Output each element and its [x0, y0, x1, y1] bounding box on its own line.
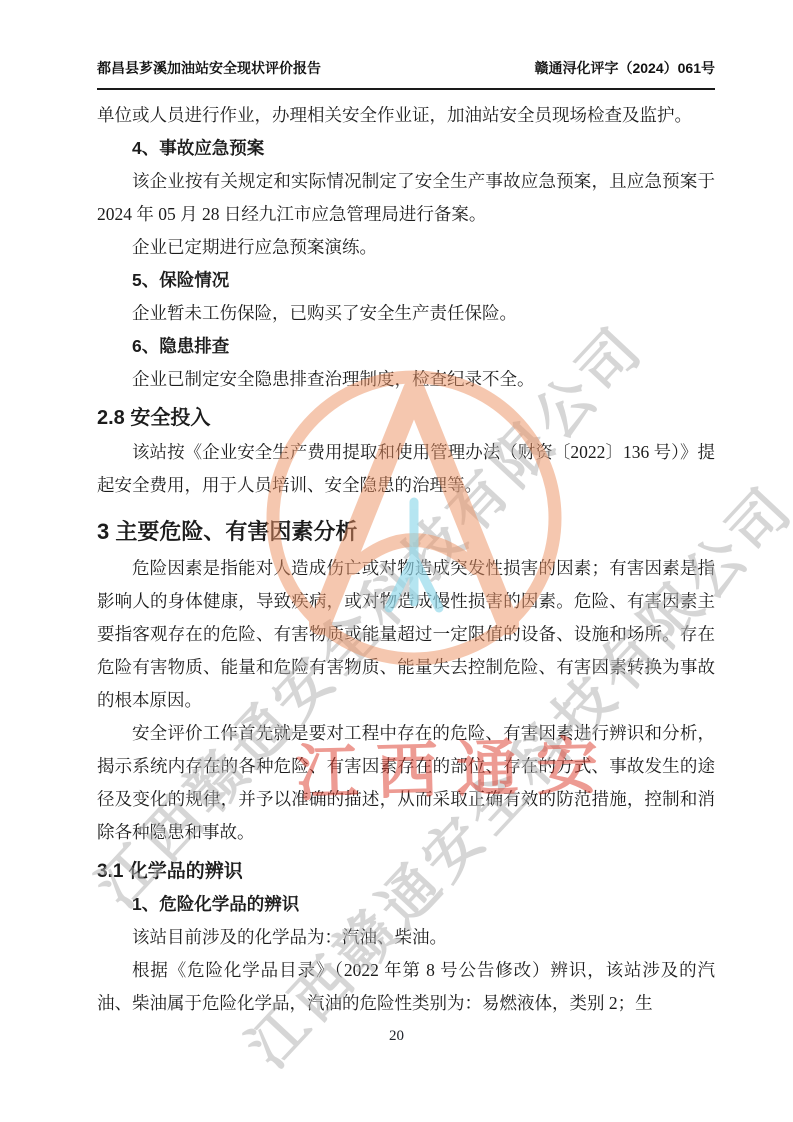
- document-body: 单位或人员进行作业，办理相关安全作业证，加油站安全员现场检查及监护。 4、事故应…: [97, 99, 715, 1020]
- document-page: 江西赣通安全科技有限公司 江西赣通安全科技有限公司 江西通安 都昌县芗溪加油站安…: [0, 0, 793, 1122]
- paragraph-hazard-definition: 危险因素是指能对人造成伤亡或对物造成突发性损害的因素；有害因素是指影响人的身体健…: [97, 552, 715, 717]
- section-3-1-title: 3.1 化学品的辨识: [97, 855, 715, 888]
- page-header: 都昌县芗溪加油站安全现状评价报告 赣通浔化评字（2024）061号: [97, 58, 715, 78]
- paragraph-drill: 企业已定期进行应急预案演练。: [97, 231, 715, 264]
- heading-dangerous-chemical-identification: 1、危险化学品的辨识: [97, 888, 715, 921]
- section-2-8-title: 2.8 安全投入: [97, 400, 715, 436]
- paragraph-insurance: 企业暂未工伤保险，已购买了安全生产责任保险。: [97, 297, 715, 330]
- paragraph-emergency-plan: 该企业按有关规定和实际情况制定了安全生产事故应急预案，且应急预案于 2024 年…: [97, 165, 715, 231]
- page-number: 20: [389, 1028, 404, 1044]
- paragraph-safety-investment: 该站按《企业安全生产费用提取和使用管理办法（财资〔2022〕136 号）》提起安…: [97, 436, 715, 502]
- heading-hazard-inspection: 6、隐患排查: [97, 330, 715, 363]
- paragraph-hazard-inspection: 企业已制定安全隐患排查治理制度，检查纪录不全。: [97, 363, 715, 396]
- paragraph-chemicals-involved: 该站目前涉及的化学品为：汽油、柴油。: [97, 921, 715, 954]
- chapter-3-title: 3 主要危险、有害因素分析: [97, 512, 715, 552]
- paragraph-chemical-catalog: 根据《危险化学品目录》（2022 年第 8 号公告修改）辨识，该站涉及的汽油、柴…: [97, 954, 715, 1020]
- paragraph-evaluation-purpose: 安全评价工作首先就是要对工程中存在的危险、有害因素进行辨识和分析，揭示系统内存在…: [97, 717, 715, 849]
- header-divider: [97, 88, 715, 90]
- header-report-title: 都昌县芗溪加油站安全现状评价报告: [97, 58, 321, 78]
- header-document-number: 赣通浔化评字（2024）061号: [534, 58, 715, 78]
- paragraph-continuation: 单位或人员进行作业，办理相关安全作业证，加油站安全员现场检查及监护。: [97, 99, 715, 132]
- page-footer: 20: [0, 1028, 793, 1045]
- heading-insurance: 5、保险情况: [97, 264, 715, 297]
- heading-emergency-plan: 4、事故应急预案: [97, 132, 715, 165]
